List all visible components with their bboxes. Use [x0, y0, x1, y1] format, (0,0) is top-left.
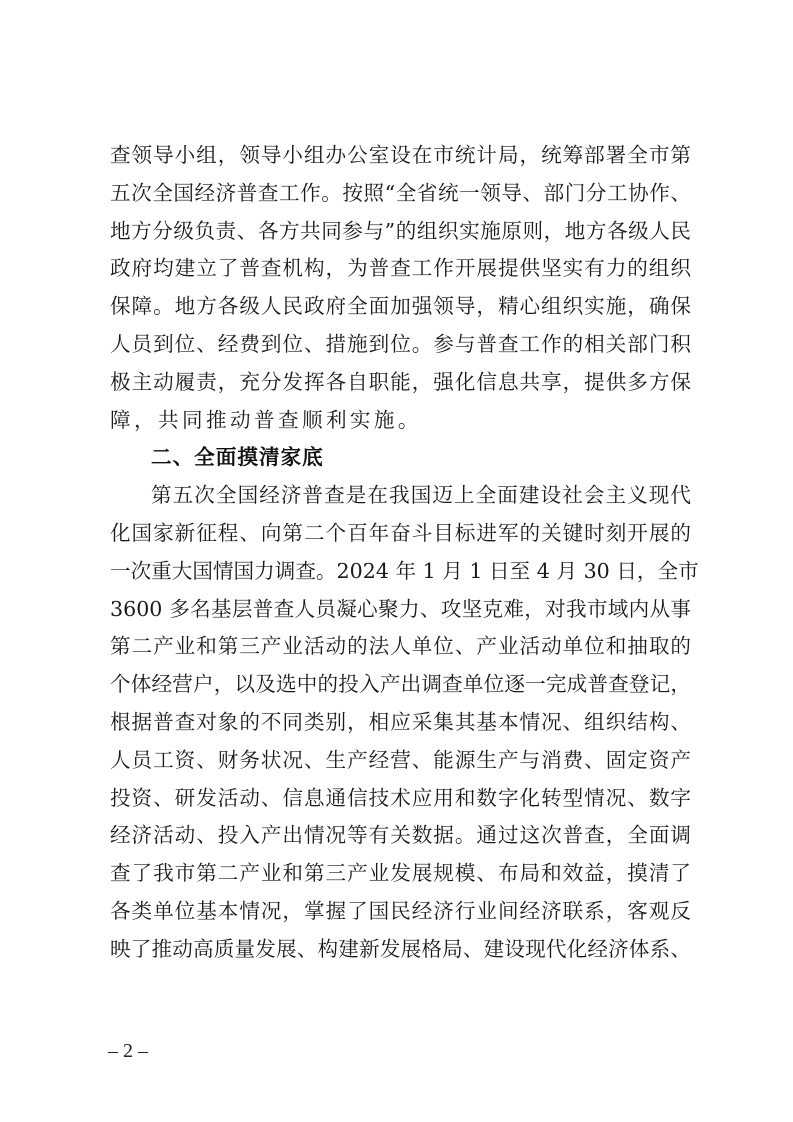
text-line: 经济活动、投入产出情况等有关数据。通过这次普查，全面调: [110, 817, 691, 855]
text-line: 化国家新征程、向第二个百年奋斗目标进军的关键时刻开展的: [110, 515, 691, 553]
text-line: 3600 多名基层普查人员凝心聚力、攻坚克难，对我市域内从事: [110, 591, 691, 629]
text-line: 投资、研发活动、信息通信技术应用和数字化转型情况、数字: [110, 780, 691, 818]
document-page-body: 查领导小组，领导小组办公室设在市统计局，统筹部署全市第 五次全国经济普查工作。按…: [110, 137, 691, 969]
text-line: 映了推动高质量发展、构建新发展格局、建设现代化经济体系、: [110, 931, 691, 969]
section-heading: 二、全面摸清家底: [110, 439, 691, 477]
text-line: 保障。地方各级人民政府全面加强领导，精心组织实施，确保: [110, 288, 691, 326]
text-line: 根据普查对象的不同类别，相应采集其基本情况、组织结构、: [110, 704, 691, 742]
text-line: 一次重大国情国力调查。2024 年 1 月 1 日至 4 月 30 日，全市: [110, 553, 691, 591]
text-line: 人员工资、财务状况、生产经营、能源生产与消费、固定资产: [110, 742, 691, 780]
text-line: 查领导小组，领导小组办公室设在市统计局，统筹部署全市第: [110, 137, 691, 175]
text-line: 各类单位基本情况，掌握了国民经济行业间经济联系，客观反: [110, 893, 691, 931]
text-line: 第二产业和第三产业活动的法人单位、产业活动单位和抽取的: [110, 628, 691, 666]
paragraph-census-overview: 第五次全国经济普查是在我国迈上全面建设社会主义现代 化国家新征程、向第二个百年奋…: [110, 477, 691, 968]
text-line: 地方分级负责、各方共同参与”的组织实施原则，地方各级人民: [110, 213, 691, 251]
text-line: 政府均建立了普查机构，为普查工作开展提供坚实有力的组织: [110, 250, 691, 288]
text-line: 人员到位、经费到位、措施到位。参与普查工作的相关部门积: [110, 326, 691, 364]
page-number: – 2 –: [108, 1040, 148, 1063]
text-line: 极主动履责，充分发挥各自职能，强化信息共享，提供多方保: [110, 364, 691, 402]
text-line: 第五次全国经济普查是在我国迈上全面建设社会主义现代: [110, 477, 691, 515]
text-line: 障，共同推动普查顺利实施。: [110, 402, 691, 440]
paragraph-organization: 查领导小组，领导小组办公室设在市统计局，统筹部署全市第 五次全国经济普查工作。按…: [110, 137, 691, 439]
text-line: 个体经营户，以及选中的投入产出调查单位逐一完成普查登记，: [110, 666, 691, 704]
text-line: 五次全国经济普查工作。按照“全省统一领导、部门分工协作、: [110, 175, 691, 213]
text-line: 查了我市第二产业和第三产业发展规模、布局和效益，摸清了: [110, 855, 691, 893]
